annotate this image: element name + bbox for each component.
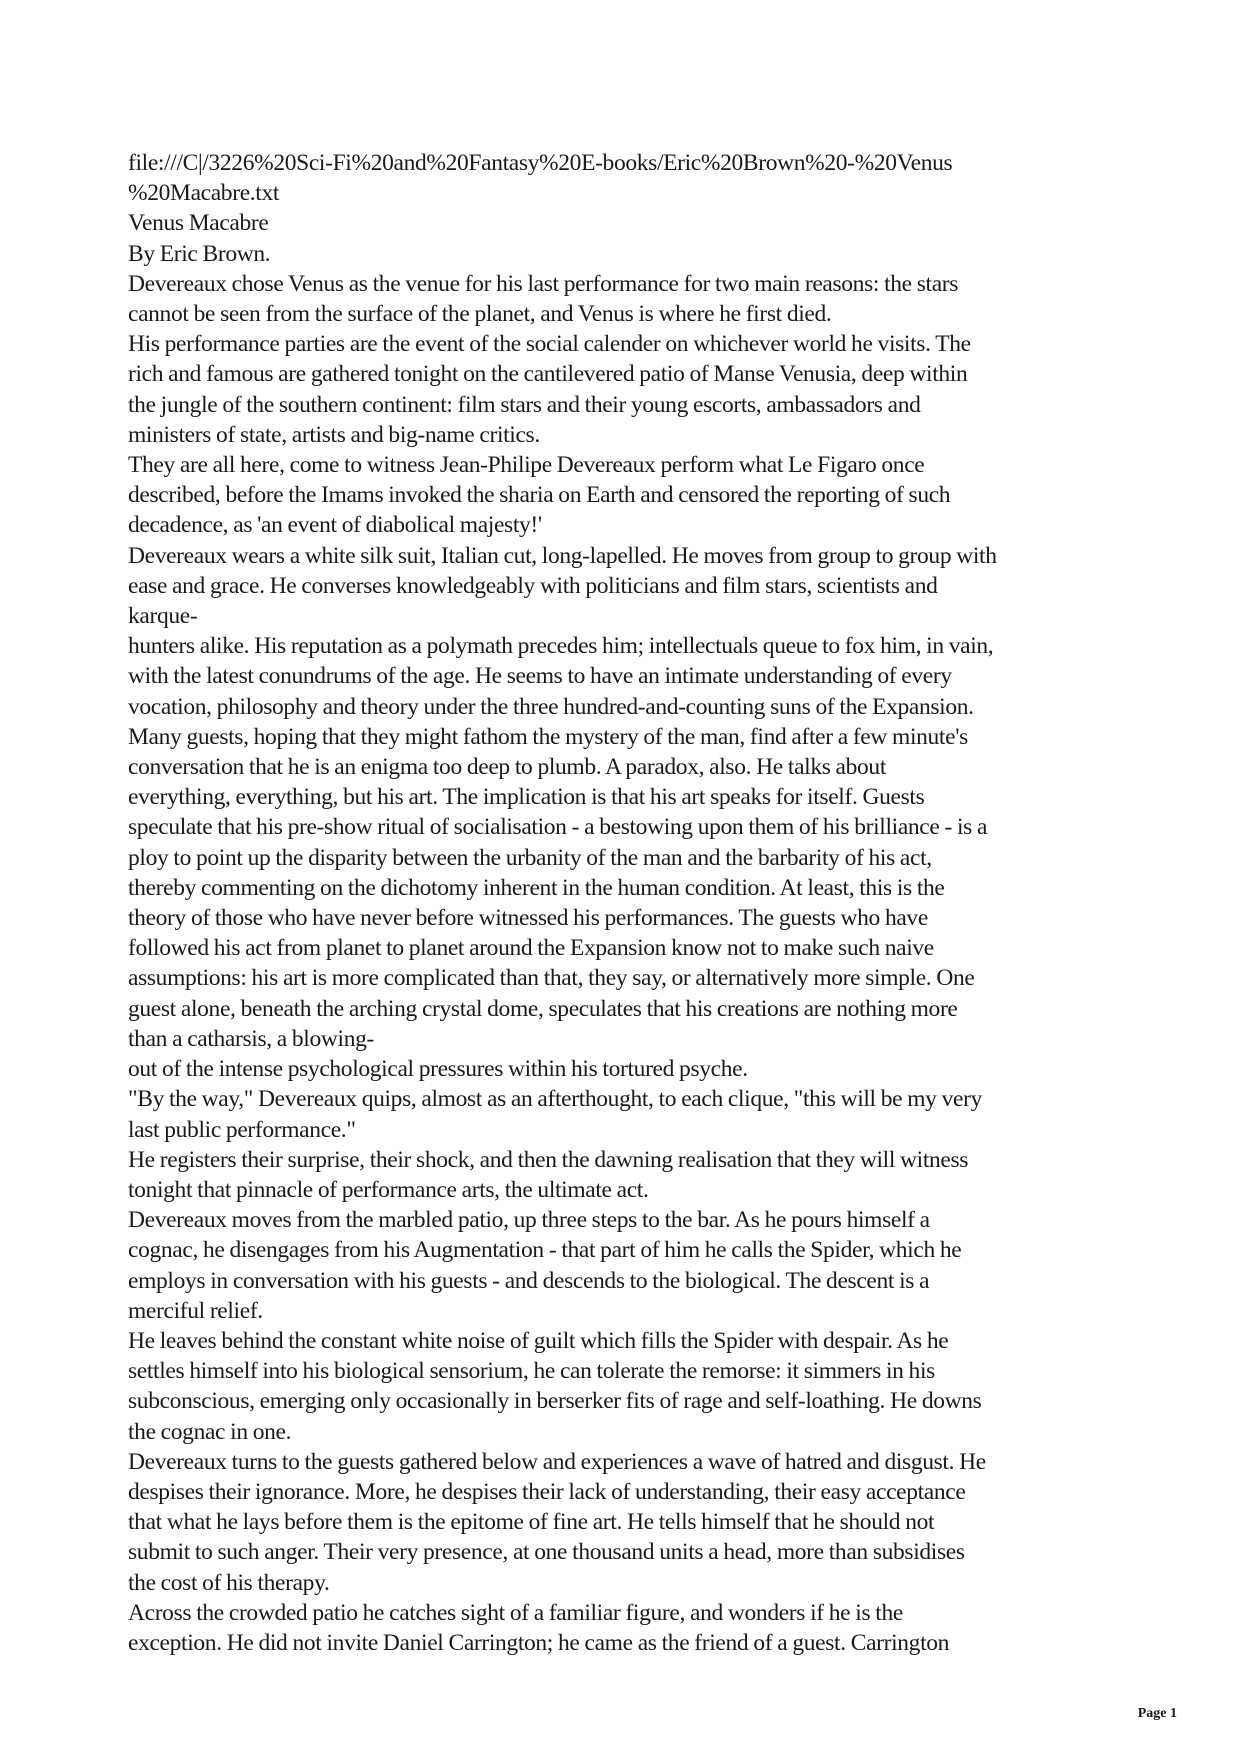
text-line: tonight that pinnacle of performance art… (128, 1175, 1118, 1205)
text-line: followed his act from planet to planet a… (128, 933, 1118, 963)
text-line: submit to such anger. Their very presenc… (128, 1537, 1118, 1567)
document-body: file:///C|/3226%20Sci-Fi%20and%20Fantasy… (128, 148, 1118, 1658)
story-text: Devereaux chose Venus as the venue for h… (128, 269, 1118, 1658)
text-line: exception. He did not invite Daniel Carr… (128, 1628, 1118, 1658)
text-line: the cognac in one. (128, 1417, 1118, 1447)
text-line: "By the way," Devereaux quips, almost as… (128, 1084, 1118, 1114)
text-line: vocation, philosophy and theory under th… (128, 692, 1118, 722)
text-line: Devereaux turns to the guests gathered b… (128, 1447, 1118, 1477)
text-line: guest alone, beneath the arching crystal… (128, 994, 1118, 1024)
text-line: the cost of his therapy. (128, 1568, 1118, 1598)
text-line: despises their ignorance. More, he despi… (128, 1477, 1118, 1507)
text-line: cognac, he disengages from his Augmentat… (128, 1235, 1118, 1265)
text-line: hunters alike. His reputation as a polym… (128, 631, 1118, 661)
text-line: conversation that he is an enigma too de… (128, 752, 1118, 782)
text-line: speculate that his pre-show ritual of so… (128, 812, 1118, 842)
text-line: out of the intense psychological pressur… (128, 1054, 1118, 1084)
text-line: merciful relief. (128, 1296, 1118, 1326)
text-line: Many guests, hoping that they might fath… (128, 722, 1118, 752)
text-line: settles himself into his biological sens… (128, 1356, 1118, 1386)
text-line: described, before the Imams invoked the … (128, 480, 1118, 510)
text-line: assumptions: his art is more complicated… (128, 963, 1118, 993)
text-line: with the latest conundrums of the age. H… (128, 661, 1118, 691)
text-line: Across the crowded patio he catches sigh… (128, 1598, 1118, 1628)
text-line: than a catharsis, a blowing- (128, 1024, 1118, 1054)
text-line: theory of those who have never before wi… (128, 903, 1118, 933)
text-line: employs in conversation with his guests … (128, 1266, 1118, 1296)
text-line: His performance parties are the event of… (128, 329, 1118, 359)
text-line: cannot be seen from the surface of the p… (128, 299, 1118, 329)
text-line: karque- (128, 601, 1118, 631)
text-line: last public performance." (128, 1115, 1118, 1145)
file-path-line-1: file:///C|/3226%20Sci-Fi%20and%20Fantasy… (128, 148, 1118, 178)
text-line: He leaves behind the constant white nois… (128, 1326, 1118, 1356)
text-line: thereby commenting on the dichotomy inhe… (128, 873, 1118, 903)
text-line: Devereaux wears a white silk suit, Itali… (128, 541, 1118, 571)
story-title: Venus Macabre (128, 208, 1118, 238)
story-byline: By Eric Brown. (128, 239, 1118, 269)
text-line: Devereaux moves from the marbled patio, … (128, 1205, 1118, 1235)
text-line: He registers their surprise, their shock… (128, 1145, 1118, 1175)
document-page: file:///C|/3226%20Sci-Fi%20and%20Fantasy… (0, 0, 1240, 1755)
text-line: Devereaux chose Venus as the venue for h… (128, 269, 1118, 299)
page-number: Page 1 (1138, 1706, 1177, 1722)
text-line: ministers of state, artists and big-name… (128, 420, 1118, 450)
text-line: the jungle of the southern continent: fi… (128, 390, 1118, 420)
text-line: rich and famous are gathered tonight on … (128, 359, 1118, 389)
text-line: subconscious, emerging only occasionally… (128, 1386, 1118, 1416)
text-line: that what he lays before them is the epi… (128, 1507, 1118, 1537)
file-path-line-2: %20Macabre.txt (128, 178, 1118, 208)
text-line: decadence, as 'an event of diabolical ma… (128, 510, 1118, 540)
text-line: ploy to point up the disparity between t… (128, 843, 1118, 873)
text-line: ease and grace. He converses knowledgeab… (128, 571, 1118, 601)
text-line: everything, everything, but his art. The… (128, 782, 1118, 812)
text-line: They are all here, come to witness Jean-… (128, 450, 1118, 480)
